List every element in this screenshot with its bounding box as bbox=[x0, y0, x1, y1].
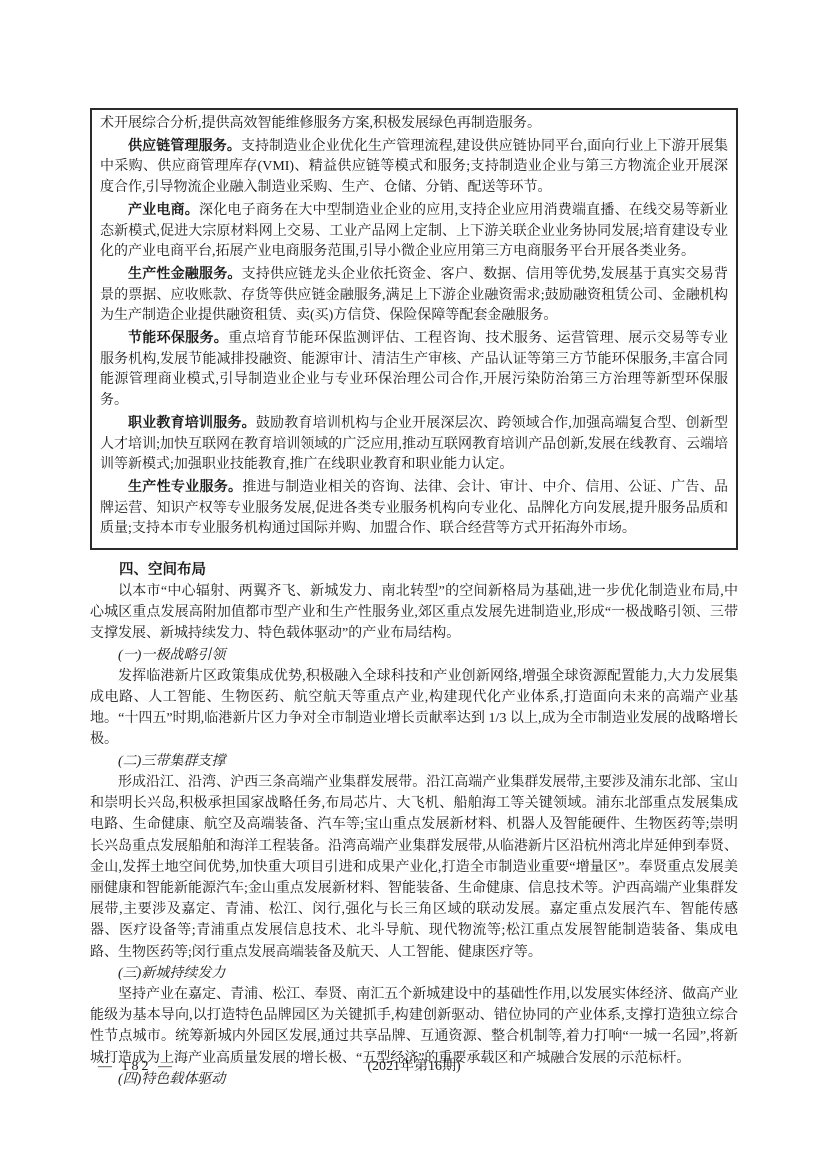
paragraph-text: 术开展综合分析,提供高效智能维修服务方案,积极发展绿色再制造服务。 bbox=[100, 116, 541, 131]
paragraph-lead: 生产性专业服务。 bbox=[128, 478, 242, 494]
paragraph-text: 坚持产业在嘉定、青浦、松江、奉贤、南汇五个新城建设中的基础性作用,以发展实体经济… bbox=[90, 987, 738, 1066]
text-column: 术开展综合分析,提供高效智能维修服务方案,积极发展绿色再制造服务。 供应链管理服… bbox=[90, 108, 738, 1090]
subsection-title-1: (一)一极战略引领 bbox=[90, 645, 738, 666]
box-paragraph: 产业电商。深化电子商务在大中型制造业企业的应用,支持企业应用消费端直播、在线交易… bbox=[100, 199, 728, 263]
box-paragraph-continuation: 术开展综合分析,提供高效智能维修服务方案,积极发展绿色再制造服务。 bbox=[100, 114, 728, 135]
subsection-title-2: (二)三带集群支撑 bbox=[90, 751, 738, 772]
paragraph-lead: 节能环保服务。 bbox=[128, 329, 228, 345]
box-paragraph: 节能环保服务。重点培育节能环保监测评估、工程咨询、技术服务、运营管理、展示交易等… bbox=[100, 327, 728, 412]
document-page: 术开展综合分析,提供高效智能维修服务方案,积极发展绿色再制造服务。 供应链管理服… bbox=[0, 0, 827, 1170]
paragraph-lead: 供应链管理服务。 bbox=[128, 137, 241, 153]
paragraph-lead: 生产性金融服务。 bbox=[128, 265, 242, 281]
box-paragraph: 供应链管理服务。支持制造业企业优化生产管理流程,建设供应链协同平台,面向行业上下… bbox=[100, 135, 728, 199]
boxed-section: 术开展综合分析,提供高效智能维修服务方案,积极发展绿色再制造服务。 供应链管理服… bbox=[90, 108, 738, 550]
section-heading: 四、空间布局 bbox=[90, 559, 738, 581]
paragraph-text: 形成沿江、沿湾、沪西三条高端产业集群发展带。沿江高端产业集群发展带,主要涉及浦东… bbox=[90, 775, 738, 960]
page-footer: — 182 — (2021年第16期) bbox=[90, 1056, 738, 1078]
footer-issue-label: (2021年第16期) bbox=[90, 1056, 738, 1078]
box-paragraph: 职业教育培训服务。鼓励教育培训机构与企业开展深层次、跨领域合作,加强高端复合型、… bbox=[100, 412, 728, 476]
section-intro-paragraph: 以本市“中心辐射、两翼齐飞、新城发力、南北转型”的空间新格局为基础,进一步优化制… bbox=[90, 581, 738, 645]
section-four-space-layout: 四、空间布局 以本市“中心辐射、两翼齐飞、新城发力、南北转型”的空间新格局为基础… bbox=[90, 559, 738, 1090]
subsection-paragraph-2: 形成沿江、沿湾、沪西三条高端产业集群发展带。沿江高端产业集群发展带,主要涉及浦东… bbox=[90, 772, 738, 963]
paragraph-text: 以本市“中心辐射、两翼齐飞、新城发力、南北转型”的空间新格局为基础,进一步优化制… bbox=[90, 584, 738, 641]
subsection-paragraph-1: 发挥临港新片区政策集成优势,积极融入全球科技和产业创新网络,增强全球资源配置能力… bbox=[90, 666, 738, 751]
box-paragraph: 生产性专业服务。推进与制造业相关的咨询、法律、会计、审计、中介、信用、公证、广告… bbox=[100, 476, 728, 540]
paragraph-text: 发挥临港新片区政策集成优势,积极融入全球科技和产业创新网络,增强全球资源配置能力… bbox=[90, 669, 738, 748]
box-paragraph: 生产性金融服务。支持供应链龙头企业依托资金、客户、数据、信用等优势,发展基于真实… bbox=[100, 263, 728, 327]
paragraph-lead: 职业教育培训服务。 bbox=[128, 414, 256, 430]
paragraph-lead: 产业电商。 bbox=[128, 201, 199, 217]
subsection-title-3: (三)新城持续发力 bbox=[90, 963, 738, 984]
